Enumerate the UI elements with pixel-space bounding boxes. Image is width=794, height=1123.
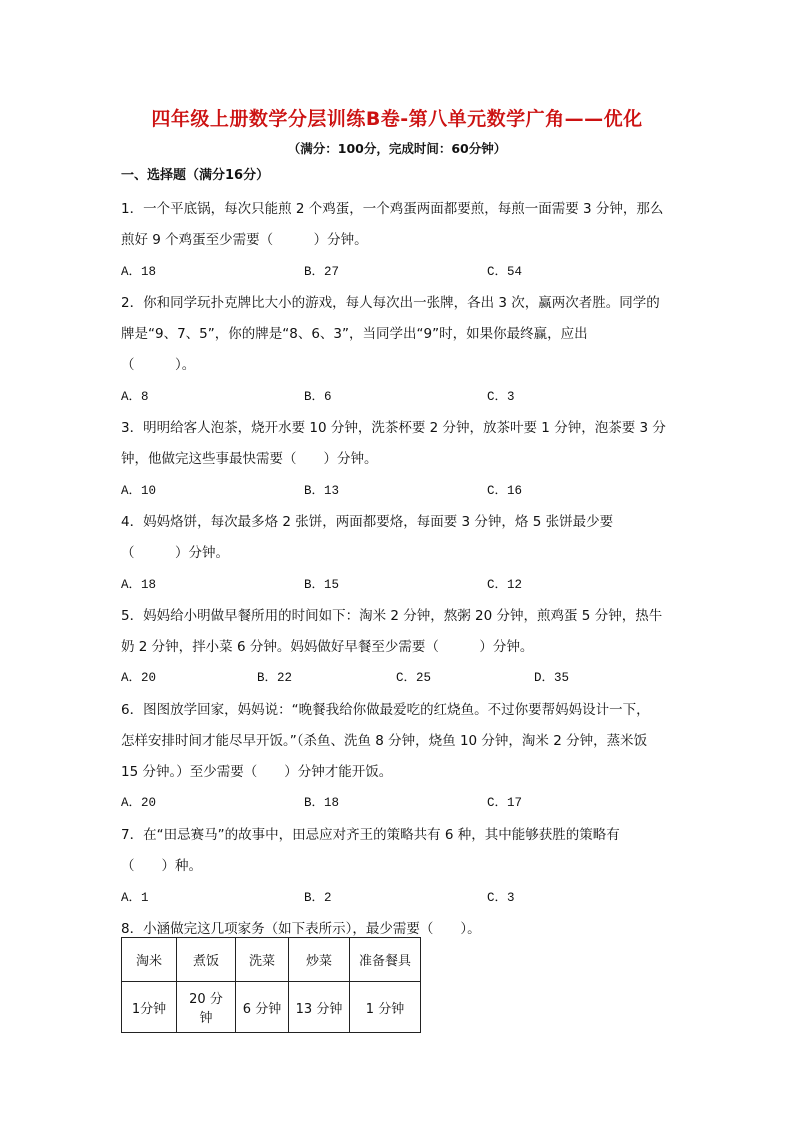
table-header-cell: 准备餐具 <box>350 938 421 982</box>
question-2-option-a: A．8 <box>121 386 149 404</box>
question-5-option-b: B．22 <box>257 667 292 685</box>
question-2-option-c: C．3 <box>487 386 515 404</box>
question-6-option-c: C．17 <box>487 792 522 810</box>
table-cell: 20 分钟 <box>177 982 236 1033</box>
question-5-option-a: A．20 <box>121 667 156 685</box>
question-5-line-1: 5．妈妈给小明做早餐所用的时间如下：淘米 2 分钟，熬粥 20 分钟，煎鸡蛋 5… <box>121 604 662 624</box>
table-header-cell: 炒菜 <box>289 938 350 982</box>
question-8-line-1: 8．小涵做完这几项家务（如下表所示），最少需要（ ）。 <box>121 917 481 937</box>
question-7-option-a: A．1 <box>121 887 149 905</box>
section-heading: 一、选择题（满分16分） <box>121 164 269 183</box>
question-3-option-b: B．13 <box>304 480 339 498</box>
question-1-line-1: 1．一个平底锅，每次只能煎 2 个鸡蛋，一个鸡蛋两面都要煎，每煎一面需要 3 分… <box>121 197 663 217</box>
question-3-option-c: C．16 <box>487 480 522 498</box>
question-7-option-b: B．2 <box>304 887 332 905</box>
question-1-option-b: B．27 <box>304 261 339 279</box>
table-header-cell: 洗菜 <box>236 938 289 982</box>
table-cell: 1 分钟 <box>350 982 421 1033</box>
question-4-option-b: B．15 <box>304 574 339 592</box>
table-cell: 6 分钟 <box>236 982 289 1033</box>
worksheet-page: 四年级上册数学分层训练B卷-第八单元数学广角——优化 （满分：100分，完成时间… <box>0 0 794 1123</box>
question-3-line-1: 3．明明给客人泡茶，烧开水要 10 分钟，洗茶杯要 2 分钟，放茶叶要 1 分钟… <box>121 416 666 436</box>
question-6-line-2: 怎样安排时间才能尽早开饭。”（杀鱼、洗鱼 8 分钟，烧鱼 10 分钟，淘米 2 … <box>121 729 647 749</box>
question-4-line-2: （ ）分钟。 <box>121 541 229 561</box>
question-2-option-b: B．6 <box>304 386 332 404</box>
question-3-line-2: 钟，他做完这些事最快需要（ ）分钟。 <box>121 447 378 467</box>
table-header-cell: 煮饭 <box>177 938 236 982</box>
question-7-option-c: C．3 <box>487 887 515 905</box>
question-1-option-a: A．18 <box>121 261 156 279</box>
question-5-option-c: C．25 <box>396 667 431 685</box>
question-6-option-a: A．20 <box>121 792 156 810</box>
page-title: 四年级上册数学分层训练B卷-第八单元数学广角——优化 <box>0 104 794 131</box>
question-2-line-3: （ ）。 <box>121 353 195 373</box>
table-cell: 1分钟 <box>122 982 177 1033</box>
question-4-option-a: A．18 <box>121 574 156 592</box>
question-7-line-1: 7．在“田忌赛马”的故事中，田忌应对齐王的策略共有 6 种，其中能够获胜的策略有 <box>121 823 620 843</box>
question-7-line-2: （ ）种。 <box>121 854 202 874</box>
question-2-line-2: 牌是“9、7、5”，你的牌是“8、6、3”，当同学出“9”时，如果你最终赢，应出 <box>121 322 588 342</box>
chores-table: 淘米 煮饭 洗菜 炒菜 准备餐具 1分钟 20 分钟 6 分钟 13 分钟 1 … <box>121 937 421 1033</box>
question-4-line-1: 4．妈妈烙饼，每次最多烙 2 张饼，两面都要烙，每面要 3 分钟，烙 5 张饼最… <box>121 510 613 530</box>
question-6-option-b: B．18 <box>304 792 339 810</box>
table-header-cell: 淘米 <box>122 938 177 982</box>
question-5-line-2: 奶 2 分钟，拌小菜 6 分钟。妈妈做好早餐至少需要（ ）分钟。 <box>121 635 533 655</box>
question-2-line-1: 2．你和同学玩扑克牌比大小的游戏，每人每次出一张牌，各出 3 次，赢两次者胜。同… <box>121 291 660 311</box>
table-header-row: 淘米 煮饭 洗菜 炒菜 准备餐具 <box>122 938 421 982</box>
table-cell: 13 分钟 <box>289 982 350 1033</box>
page-subtitle: （满分：100分，完成时间：60分钟） <box>0 139 794 157</box>
question-1-option-c: C．54 <box>487 261 522 279</box>
question-6-line-1: 6．图图放学回家，妈妈说：“晚餐我给你做最爱吃的红烧鱼。不过你要帮妈妈设计一下， <box>121 698 650 718</box>
question-6-line-3: 15 分钟。）至少需要（ ）分钟才能开饭。 <box>121 760 392 780</box>
question-4-option-c: C．12 <box>487 574 522 592</box>
question-5-option-d: D．35 <box>534 667 569 685</box>
question-3-option-a: A．10 <box>121 480 156 498</box>
table-row: 1分钟 20 分钟 6 分钟 13 分钟 1 分钟 <box>122 982 421 1033</box>
question-1-line-2: 煎好 9 个鸡蛋至少需要（ ）分钟。 <box>121 228 368 248</box>
